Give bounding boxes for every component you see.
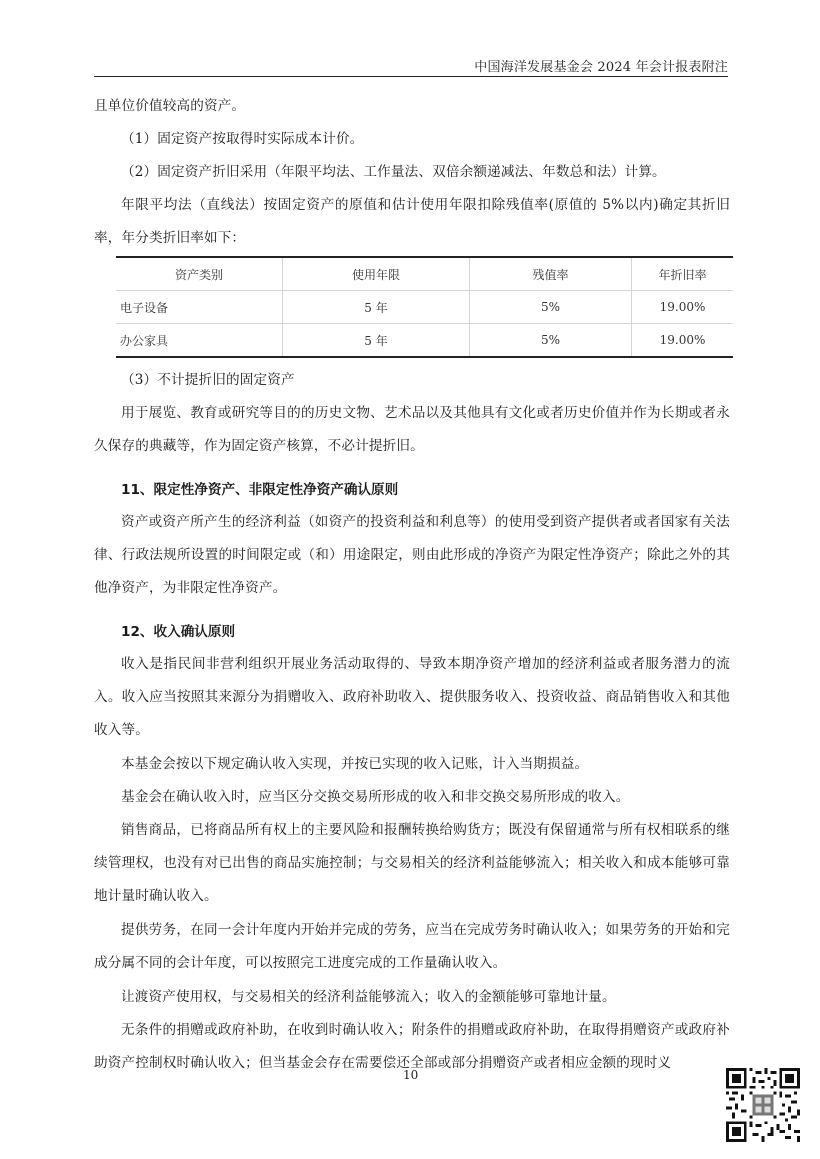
cell-category: 办公家具 bbox=[116, 324, 283, 358]
depreciation-rate-table: 资产类别 使用年限 残值率 年折旧率 电子设备 5 年 5% 19.00% 办公… bbox=[116, 256, 733, 358]
table-header-row: 资产类别 使用年限 残值率 年折旧率 bbox=[116, 257, 733, 291]
paragraph: 用于展览、教育或研究等目的的历史文物、艺术品以及其他具有文化或者历史价值并作为长… bbox=[94, 397, 730, 463]
page-number: 10 bbox=[403, 1068, 418, 1082]
cell-residual-rate: 5% bbox=[470, 324, 632, 358]
cell-annual-rate: 19.00% bbox=[632, 324, 734, 358]
cell-annual-rate: 19.00% bbox=[632, 291, 734, 324]
page-header: 中国海洋发展基金会 2024 年会计报表附注 bbox=[94, 56, 728, 77]
paragraph: （3）不计提折旧的固定资产 bbox=[94, 369, 730, 391]
paragraph: 本基金会按以下规定确认收入实现，并按已实现的收入记账，计入当期损益。 bbox=[94, 753, 730, 775]
paragraph: 且单位价值较高的资产。 bbox=[94, 95, 730, 117]
section-heading-12: 12、收入确认原则 bbox=[94, 621, 730, 643]
qr-code-icon bbox=[726, 1068, 800, 1142]
column-header: 使用年限 bbox=[283, 257, 470, 291]
paragraph: （1）固定资产按取得时实际成本计价。 bbox=[94, 128, 730, 150]
cell-useful-life: 5 年 bbox=[283, 291, 470, 324]
document-title: 中国海洋发展基金会 2024 年会计报表附注 bbox=[474, 56, 728, 75]
paragraph: 销售商品，已将商品所有权上的主要风险和报酬转换给购货方；既没有保留通常与所有权相… bbox=[94, 814, 730, 913]
cell-useful-life: 5 年 bbox=[283, 324, 470, 358]
document-body: 且单位价值较高的资产。 （1）固定资产按取得时实际成本计价。 （2）固定资产折旧… bbox=[94, 95, 730, 1086]
column-header: 残值率 bbox=[470, 257, 632, 291]
table-row: 办公家具 5 年 5% 19.00% bbox=[116, 324, 733, 358]
paragraph: （2）固定资产折旧采用（年限平均法、工作量法、双倍余额递减法、年数总和法）计算。 bbox=[94, 161, 730, 183]
paragraph: 收入是指民间非营利组织开展业务活动取得的、导致本期净资产增加的经济利益或者服务潜… bbox=[94, 648, 730, 747]
paragraph: 让渡资产使用权，与交易相关的经济利益能够流入；收入的金额能够可靠地计量。 bbox=[94, 986, 730, 1008]
paragraph: 基金会在确认收入时，应当区分交换交易所形成的收入和非交换交易所形成的收入。 bbox=[94, 786, 730, 808]
paragraph: 资产或资产所产生的经济利益（如资产的投资利益和利息等）的使用受到资产提供者或者国… bbox=[94, 506, 730, 605]
table-row: 电子设备 5 年 5% 19.00% bbox=[116, 291, 733, 324]
cell-residual-rate: 5% bbox=[470, 291, 632, 324]
paragraph: 年限平均法（直线法）按固定资产的原值和估计使用年限扣除残值率(原值的 5%以内)… bbox=[94, 189, 730, 255]
column-header: 年折旧率 bbox=[632, 257, 734, 291]
cell-category: 电子设备 bbox=[116, 291, 283, 324]
paragraph: 提供劳务，在同一会计年度内开始并完成的劳务，应当在完成劳务时确认收入；如果劳务的… bbox=[94, 914, 730, 980]
column-header: 资产类别 bbox=[116, 257, 283, 291]
section-heading-11: 11、限定性净资产、非限定性净资产确认原则 bbox=[94, 479, 730, 501]
